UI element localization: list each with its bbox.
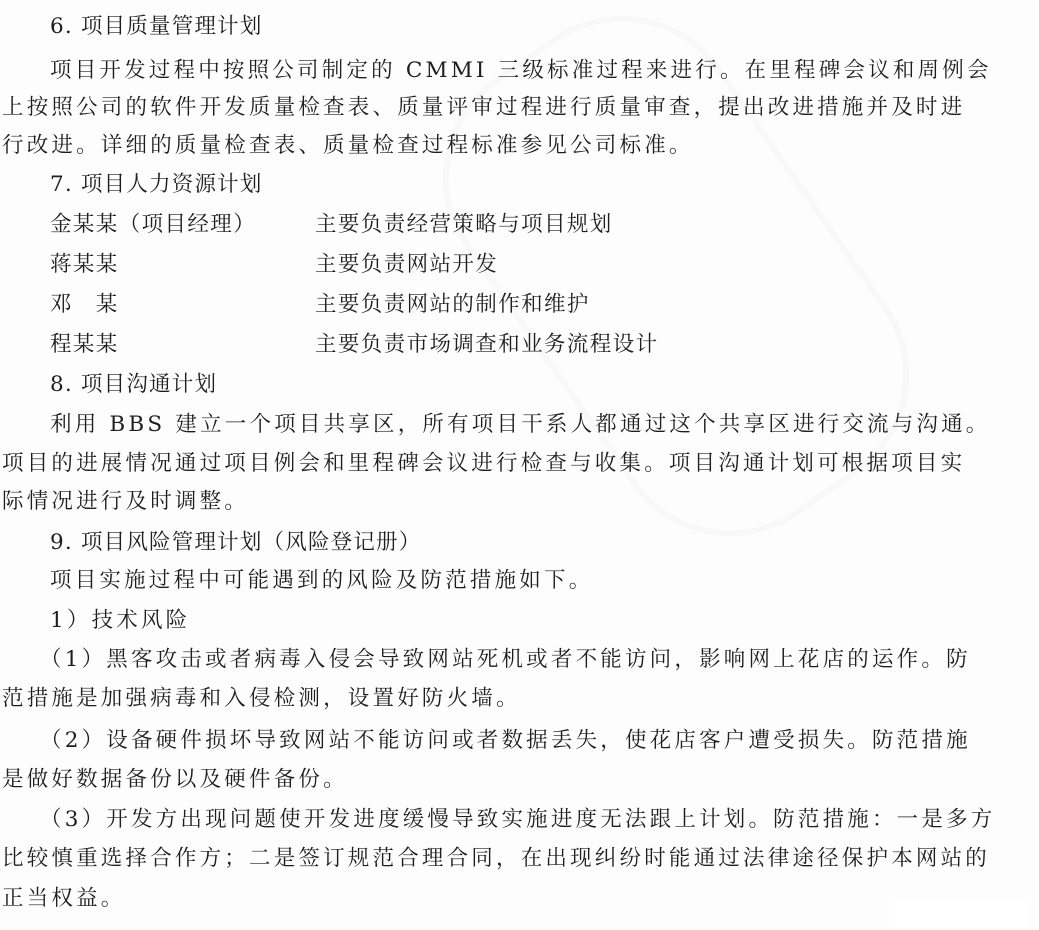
- document-page: 6. 项目质量管理计划 项目开发过程中按照公司制定的 CMMI 三级标准过程来进…: [0, 0, 1039, 930]
- blank-patch: [889, 898, 1029, 928]
- section-9-subheading: 1）技术风险: [50, 606, 190, 636]
- risk-3-line-1: （3）开发方出现问题使开发进度缓慢导致实施进度无法跟上计划。防范措施：一是多方: [40, 805, 995, 835]
- section-8-para-line-1: 利用 BBS 建立一个项目共享区，所有项目干系人都通过这个共享区进行交流与沟通。: [50, 410, 991, 440]
- staff-role: 主要负责网站开发: [315, 250, 498, 280]
- risk-2-line-1: （2）设备硬件损坏导致网站不能访问或者数据丢失，使花店客户遭受损失。防范措施: [40, 726, 971, 756]
- section-8-para-line-3: 际情况进行及时调整。: [2, 487, 249, 517]
- section-9-intro: 项目实施过程中可能遇到的风险及防范措施如下。: [50, 566, 593, 596]
- section-6-para-line-1: 项目开发过程中按照公司制定的 CMMI 三级标准过程来进行。在里程碑会议和周例会: [50, 56, 992, 86]
- risk-1-line-1: （1）黑客攻击或者病毒入侵会导致网站死机或者不能访问，影响网上花店的运作。防: [40, 645, 971, 675]
- section-9-heading: 9. 项目风险管理计划（风险登记册）: [50, 528, 421, 558]
- section-6-heading: 6. 项目质量管理计划: [50, 12, 263, 42]
- section-8-para-line-2: 项目的进展情况通过项目例会和里程碑会议进行检查与收集。项目沟通计划可根据项目实: [2, 449, 965, 479]
- risk-1-line-2: 范措施是加强病毒和入侵检测，设置好防火墙。: [2, 684, 521, 714]
- staff-role: 主要负责网站的制作和维护: [315, 290, 590, 320]
- risk-2-line-2: 是做好数据备份以及硬件备份。: [2, 765, 348, 795]
- staff-name: 程某某: [50, 330, 119, 360]
- staff-name: 金某某（项目经理）: [50, 210, 256, 240]
- section-7-heading: 7. 项目人力资源计划: [50, 170, 263, 200]
- staff-name: 蒋某某: [50, 250, 119, 280]
- risk-3-line-3: 正当权益。: [2, 884, 126, 914]
- staff-role: 主要负责经营策略与项目规划: [315, 210, 613, 240]
- staff-name: 邓 某: [50, 290, 119, 320]
- section-6-para-line-2: 上按照公司的软件开发质量检查表、质量评审过程进行质量审查，提出改进措施并及时进: [2, 93, 965, 123]
- section-6-para-line-3: 行改进。详细的质量检查表、质量检查过程标准参见公司标准。: [2, 131, 694, 161]
- section-8-heading: 8. 项目沟通计划: [50, 370, 217, 400]
- staff-role: 主要负责市场调查和业务流程设计: [315, 330, 659, 360]
- risk-3-line-2: 比较慎重选择合作方；二是签订规范合理合同，在出现纠纷时能通过法律途径保护本网站的: [2, 844, 990, 874]
